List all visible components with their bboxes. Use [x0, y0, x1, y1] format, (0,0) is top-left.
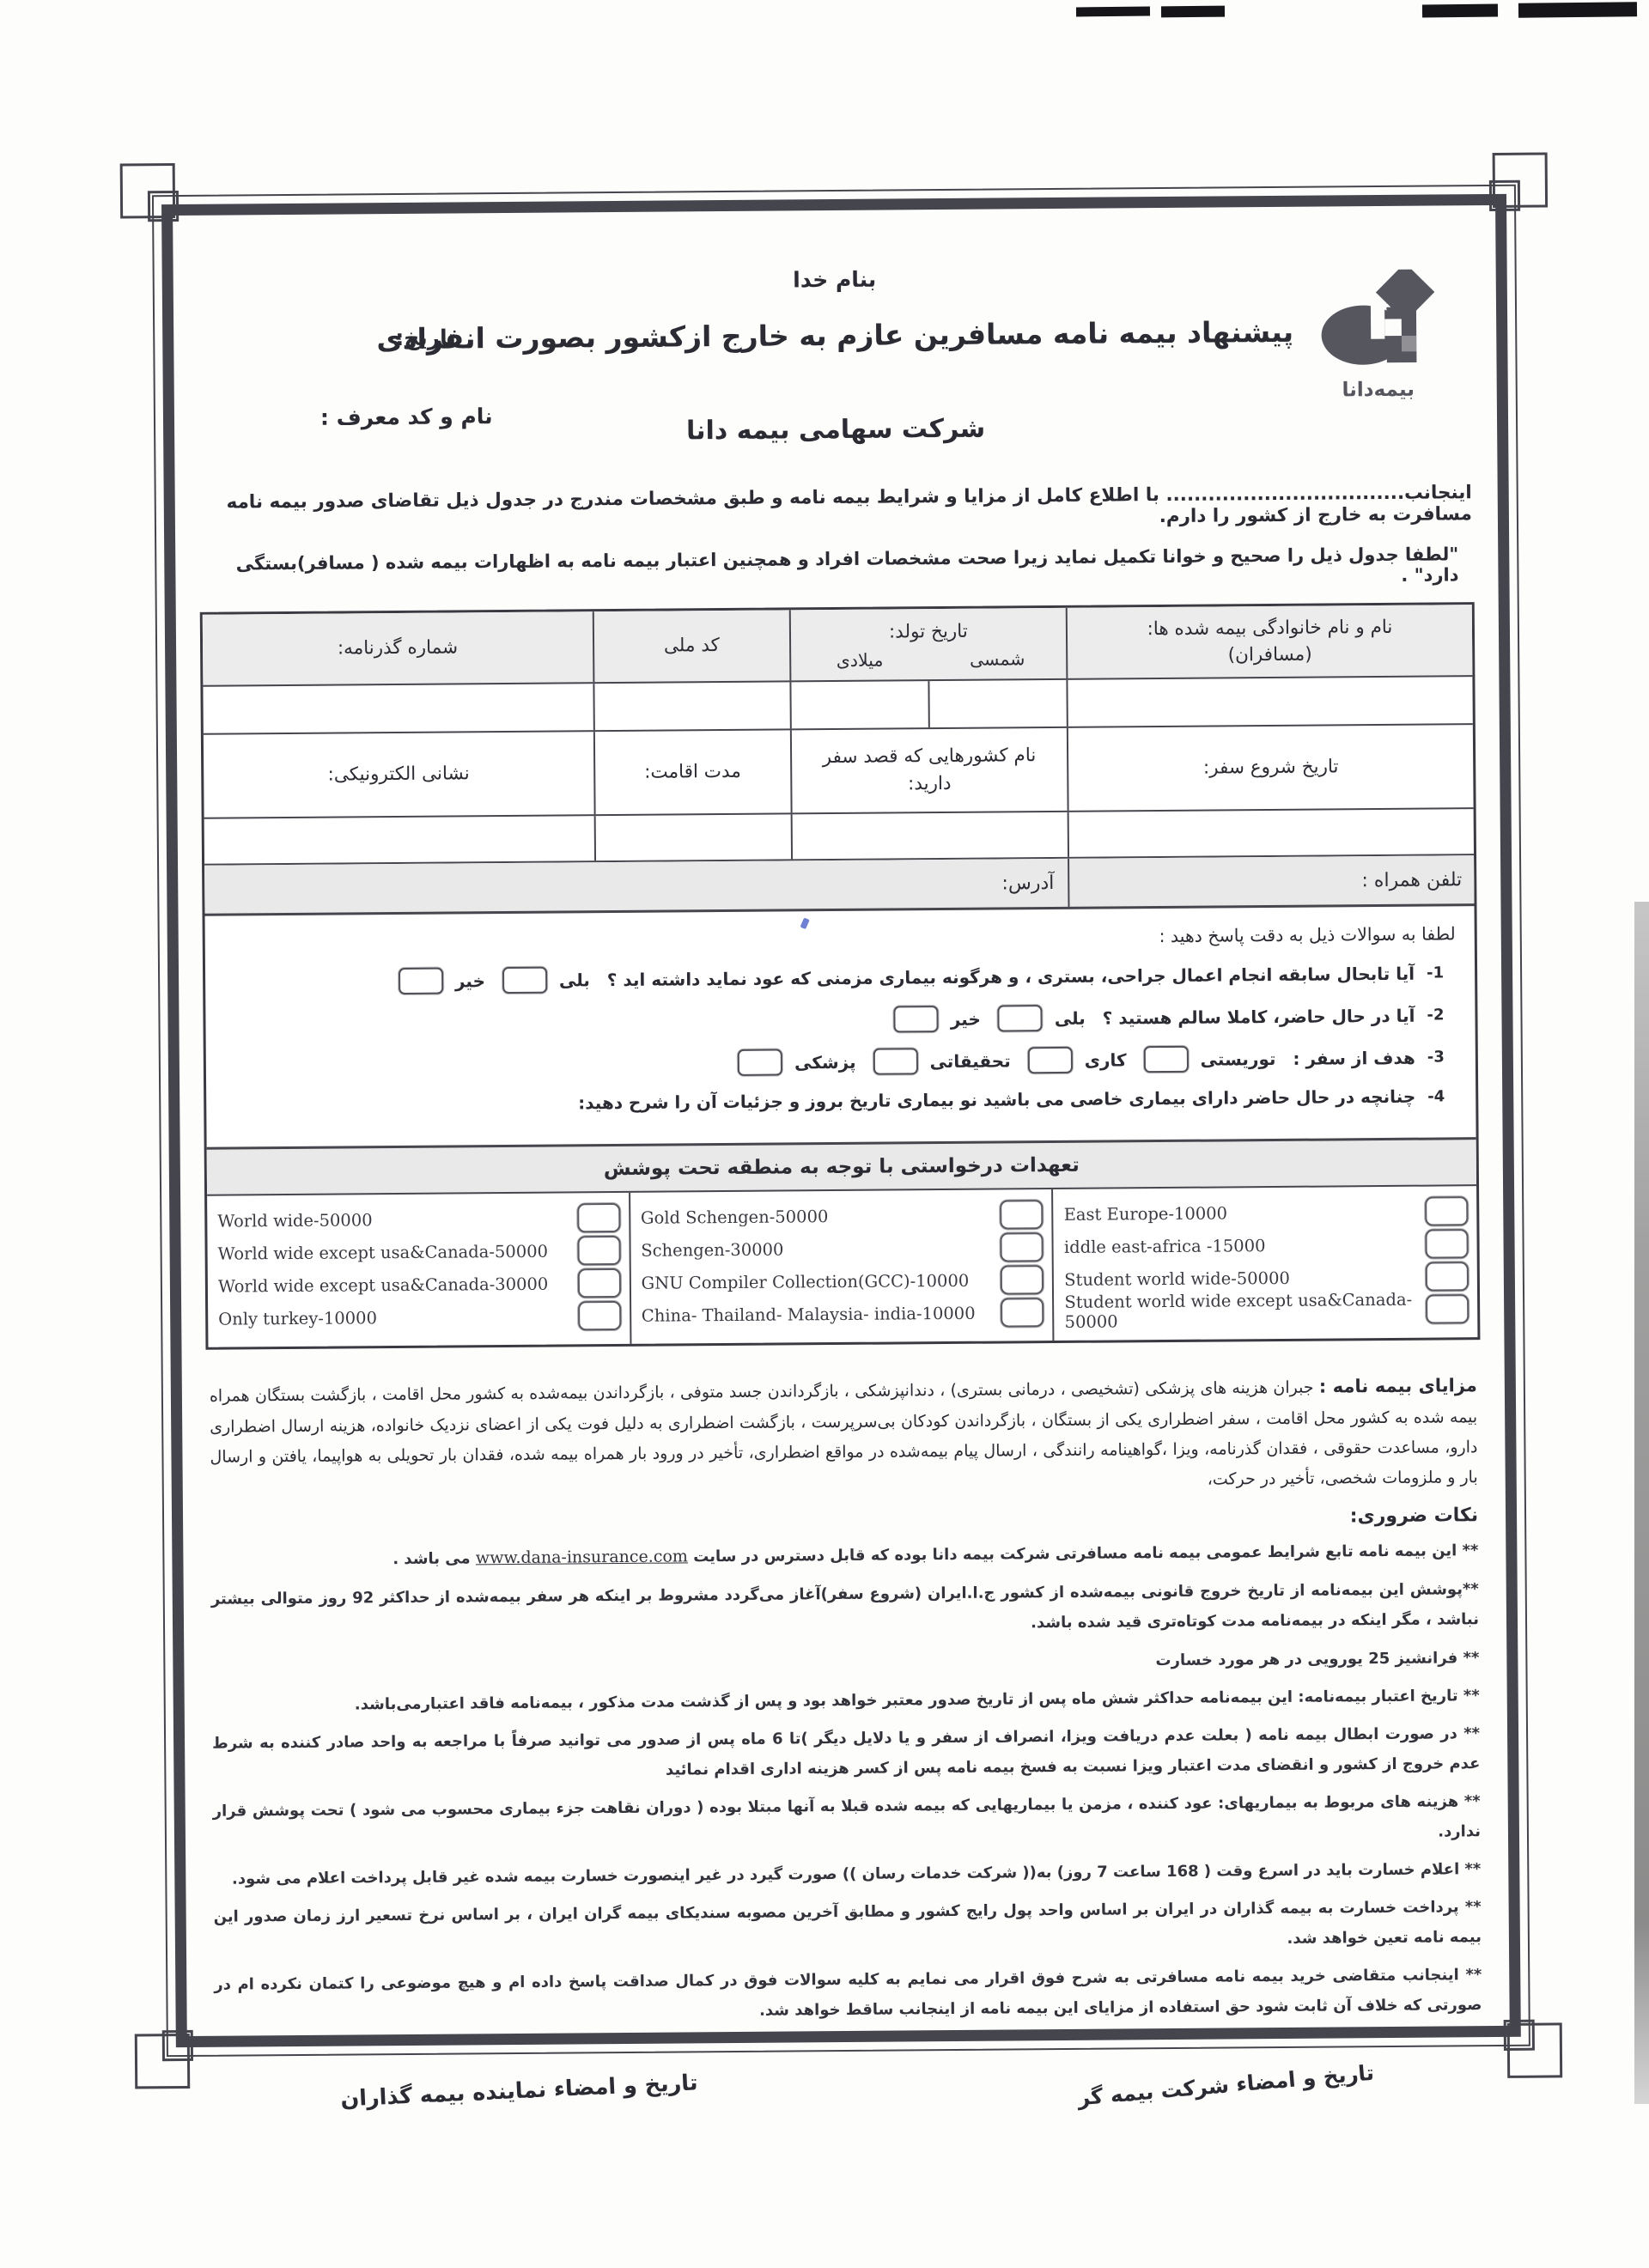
checkbox-cov-east-europe-10000[interactable]	[1425, 1196, 1468, 1225]
question-4: -4 چنانچه در حال حاضر دارای بیماری خاصی …	[225, 1085, 1457, 1116]
header-cell-national-code: کد ملی	[593, 610, 790, 682]
question-4-text: چنانچه در حال حاضر دارای بیماری خاصی می …	[578, 1086, 1415, 1114]
note-validity: ** تاریخ اعتبار بیمه‌نامه: این بیمه‌نامه…	[212, 1681, 1480, 1721]
purpose-research-label: تحقیقاتی	[929, 1050, 1010, 1072]
coverage-option-label: GNU Compiler Collection(GCC)-10000	[641, 1270, 969, 1292]
page-title: پیشنهاد بیمه نامه مسافرین عازم به خارج ا…	[198, 313, 1472, 357]
checkbox-purpose-work[interactable]	[1028, 1047, 1073, 1073]
checkbox-purpose-research[interactable]	[873, 1048, 917, 1074]
checkbox-cov-schengen-30000[interactable]	[1001, 1232, 1044, 1262]
ink-speck	[800, 917, 809, 929]
question-3-lead: هدف از سفر :	[1293, 1047, 1415, 1068]
coverage-option-label: Gold Schengen-50000	[641, 1207, 829, 1228]
question-3-number: -3	[1427, 1048, 1457, 1066]
question-1-number: -1	[1427, 964, 1456, 982]
note-cancellation: ** در صورت ابطال بیمه نامه ( بعلت عدم در…	[212, 1718, 1481, 1789]
bismillah: بنام خدا	[198, 262, 1472, 297]
solar-calendar-label: شمسی	[928, 648, 1066, 669]
table-header-row: نام و نام خانوادگی بیمه شده ها: (مسافران…	[203, 605, 1473, 687]
purpose-touristic-label: توریستی	[1201, 1048, 1276, 1069]
question-4-number: -4	[1427, 1087, 1457, 1105]
coverage-column-east-student: East Europe-10000 iddle east-africa -150…	[1053, 1186, 1477, 1341]
checkbox-q2-yes[interactable]	[998, 1005, 1043, 1031]
questions-prompt: لطفا به سوالات ذیل به دقت پاسخ دهید :	[224, 923, 1456, 953]
coverage-option-label: Student world wide-50000	[1064, 1268, 1290, 1289]
coverage-column-world: World wide-50000 World wide except usa&C…	[207, 1193, 631, 1347]
table-header-row-2: تاریخ شروع سفر: نام کشورهایی که قصد سفر …	[204, 725, 1474, 819]
coverage-option: Schengen-30000	[641, 1231, 1044, 1267]
applicant-declaration-line: اینجانب.................................…	[201, 482, 1472, 535]
note-claim-payment: ** پرداخت خسارت به بیمه گذاران در ایران …	[214, 1892, 1482, 1962]
question-2-text: آیا در حال حاضر، کاملا سالم هستید ؟	[1103, 1005, 1415, 1028]
date-label: تاریخ:	[395, 325, 456, 350]
coverage-option-label: Schengen-30000	[641, 1239, 783, 1260]
passport-number-label: شماره گذرنامه:	[203, 634, 593, 664]
coverage-option-label: Only turkey-10000	[218, 1308, 377, 1329]
coverage-option-label: China- Thailand- Malaysia- india-10000	[642, 1303, 976, 1325]
checkbox-cov-student-world-except-usa-canada-50000[interactable]	[1426, 1294, 1469, 1323]
coverage-option: World wide except usa&Canada-30000	[218, 1267, 621, 1303]
checkbox-cov-gcc-10000[interactable]	[1001, 1265, 1044, 1294]
agent-signature-label: تاریخ و امضاء نماینده بیمه گذاران	[340, 2070, 698, 2112]
checkbox-q1-no[interactable]	[399, 968, 443, 994]
signature-row: تاریخ و امضاء شرکت بیمه گر تاریخ و امضاء…	[211, 2070, 1486, 2107]
coverage-option: Gold Schengen-50000	[641, 1198, 1044, 1234]
checkbox-purpose-touristic[interactable]	[1144, 1046, 1189, 1073]
note-franchise: ** فرانشیز 25 یورویی در هر مورد خسارت	[211, 1643, 1479, 1683]
address-label: آدرس:	[204, 873, 1054, 901]
email-input-cell[interactable]	[204, 816, 594, 864]
header-cell-birth-date: تاریخ تولد: شمسی میلادی	[789, 608, 1067, 681]
purpose-work-label: کاری	[1085, 1049, 1127, 1070]
benefits-text: جبران هزینه های پزشکی (تشخیصی ، درمانی ب…	[210, 1378, 1478, 1489]
essential-notes-section: نکات ضروری: ** این بیمه نامه تابع شرایط …	[210, 1505, 1482, 2030]
checkbox-cov-world-wide-50000[interactable]	[577, 1203, 620, 1232]
checkbox-purpose-medical[interactable]	[738, 1049, 782, 1076]
national-code-input-cell[interactable]	[593, 682, 789, 730]
note-claim-notification: ** اعلام خسارت باید در اسرع وقت ( 168 سا…	[213, 1854, 1481, 1894]
trip-start-input-cell[interactable]	[1068, 809, 1474, 857]
dana-logo-mark	[1313, 269, 1443, 380]
coverage-option-label: iddle east-africa -15000	[1064, 1236, 1266, 1257]
header-cell-passport: شماره گذرنامه:	[203, 611, 593, 685]
birth-date-label: تاریخ تولد:	[791, 617, 1066, 647]
question-2: -2 آیا در حال حاضر، کاملا سالم هستید ؟ ب…	[224, 1001, 1456, 1037]
dana-logo-wordmark: بیمه‌دانا	[1310, 378, 1447, 401]
scan-artifact	[1161, 6, 1225, 18]
referrer-name-code-label: نام و کد معرف :	[320, 404, 493, 430]
stay-duration-label: مدت اقامت:	[595, 757, 790, 787]
note-applicant-honesty: ** اینجانب متقاضی خرید بیمه نامه مسافرتی…	[214, 1960, 1482, 2030]
essential-notes-heading: نکات ضروری:	[210, 1505, 1478, 1536]
traveler-details-table: نام و نام خانوادگی بیمه شده ها: (مسافران…	[200, 602, 1481, 1350]
coverage-option-label: East Europe-10000	[1064, 1203, 1228, 1224]
form-sheet: بنام خدا پیشنهاد بیمه نامه مسافرین عازم …	[161, 194, 1521, 2047]
passport-number-input-cell[interactable]	[203, 684, 593, 733]
coverage-option: Only turkey-10000	[218, 1299, 621, 1335]
dana-insurance-logo: بیمه‌دانا	[1309, 269, 1447, 401]
coverage-option-label: World wide-50000	[217, 1210, 372, 1231]
gregorian-date-input[interactable]	[791, 681, 928, 728]
note-site-pre: ** این بیمه نامه تابع شرایط عمومی بیمه ن…	[688, 1541, 1479, 1566]
note-coverage-start: **پوشش این بیمه‌نامه از تاریخ خروج قانون…	[211, 1574, 1480, 1645]
question-1: -1 آیا تابحال سابقه انجام اعمال جراحی، ب…	[224, 959, 1456, 995]
checkbox-q1-yes[interactable]	[502, 967, 547, 994]
coverage-option: China- Thailand- Malaysia- india-10000	[642, 1296, 1044, 1332]
form-content: بنام خدا پیشنهاد بیمه نامه مسافرین عازم …	[173, 205, 1510, 2036]
question-2-no-label: خیر	[951, 1008, 981, 1029]
header-cell-stay-duration: مدت اقامت:	[593, 730, 791, 814]
stay-duration-input-cell[interactable]	[593, 814, 790, 860]
checkbox-q2-no[interactable]	[894, 1006, 939, 1032]
insurer-signature-label: تاریخ و امضاء شرکت بیمه گر	[1076, 2059, 1374, 2111]
solar-date-input[interactable]	[928, 680, 1067, 727]
policy-benefits-paragraph: مزایای بیمه نامه : جبران هزینه های پزشکی…	[210, 1369, 1478, 1503]
fill-correctly-note: "لطفا جدول ذیل را صحیح و خوانا تکمیل نما…	[199, 544, 1458, 595]
coverage-option: World wide except usa&Canada-50000	[217, 1234, 620, 1270]
birth-date-input-cell[interactable]	[789, 680, 1067, 729]
header-cell-email: نشانی الکترونیکی:	[204, 732, 593, 818]
note-site-post: می باشد .	[392, 1550, 476, 1569]
header-cell-insured-names: نام و نام خانوادگی بیمه شده ها: (مسافران…	[1066, 605, 1473, 678]
checkbox-cov-only-turkey-10000[interactable]	[578, 1301, 621, 1330]
coverage-column-schengen: Gold Schengen-50000 Schengen-30000 GNU C…	[630, 1189, 1055, 1344]
question-1-yes-label: بلی	[559, 970, 590, 990]
question-2-number: -2	[1427, 1006, 1456, 1024]
health-questions-section: لطفا به سوالات ذیل به دقت پاسخ دهید : -1…	[205, 906, 1476, 1147]
question-1-no-label: خیر	[455, 970, 485, 991]
coverage-option-label: World wide except usa&Canada-50000	[218, 1241, 549, 1263]
checkbox-cov-student-world-wide-50000[interactable]	[1426, 1262, 1469, 1291]
scan-edge-shadow	[1634, 902, 1649, 2104]
address-cell[interactable]: آدرس:	[204, 859, 1068, 914]
checkbox-cov-china-thailand-malaysia-india-10000[interactable]	[1001, 1298, 1044, 1327]
scan-artifact	[1518, 2, 1637, 17]
email-label: نشانی الکترونیکی:	[204, 759, 593, 790]
purpose-medical-label: پزشکی	[794, 1051, 856, 1073]
coverage-option-label: Student world wide except usa&Canada-500…	[1064, 1290, 1419, 1332]
coverage-option: iddle east-africa -15000	[1064, 1227, 1469, 1263]
countries-label: نام کشورهایی که قصد سفر دارید:	[792, 742, 1068, 800]
scan-artifact	[1076, 7, 1150, 17]
coverage-option-label: World wide except usa&Canada-30000	[218, 1274, 549, 1296]
question-1-text: آیا تابحال سابقه انجام اعمال جراحی، بستر…	[607, 963, 1415, 989]
scanned-form-page: بنام خدا پیشنهاد بیمه نامه مسافرین عازم …	[0, 0, 1649, 2268]
note-preexisting-illness: ** هزینه های مربوط به بیماریهای: عود کنن…	[213, 1786, 1482, 1857]
form-header: بنام خدا پیشنهاد بیمه نامه مسافرین عازم …	[197, 228, 1473, 480]
checkbox-cov-middle-east-africa-15000[interactable]	[1425, 1229, 1468, 1258]
calendar-sublabels: شمسی میلادی	[791, 648, 1066, 671]
header-cell-countries: نام کشورهایی که قصد سفر دارید:	[790, 728, 1068, 813]
coverage-options-table: World wide-50000 World wide except usa&C…	[207, 1186, 1477, 1347]
question-3: -3 هدف از سفر : توریستی کاری تحقیقاتی پز…	[225, 1043, 1457, 1079]
header-cell-trip-start: تاریخ شروع سفر:	[1067, 725, 1474, 811]
coverage-option: East Europe-10000	[1063, 1195, 1468, 1231]
insured-names-input-cell[interactable]	[1066, 677, 1472, 727]
checkbox-cov-world-except-usa-canada-30000[interactable]	[577, 1268, 620, 1298]
note-general-conditions: ** این بیمه نامه تابع شرایط عمومی بیمه ن…	[210, 1535, 1478, 1577]
mobile-phone-cell[interactable]: تلفن همراه :	[1068, 855, 1474, 907]
national-code-label: کد ملی	[594, 632, 789, 660]
countries-input-cell[interactable]	[790, 812, 1068, 860]
scan-artifact	[1422, 4, 1498, 18]
trip-start-label: تاریخ شروع سفر:	[1068, 752, 1473, 783]
question-2-yes-label: بلی	[1055, 1007, 1086, 1028]
checkbox-cov-world-except-usa-canada-50000[interactable]	[577, 1236, 620, 1265]
coverage-option: World wide-50000	[217, 1201, 620, 1237]
travelers-label: (مسافران)	[1068, 640, 1472, 670]
coverage-option: GNU Compiler Collection(GCC)-10000	[641, 1263, 1044, 1299]
insured-names-label: نام و نام خانوادگی بیمه شده ها:	[1068, 613, 1472, 643]
mobile-phone-label: تلفن همراه :	[1069, 869, 1462, 894]
coverage-option: Student world wide except usa&Canada-500…	[1064, 1292, 1469, 1329]
checkbox-cov-gold-schengen-50000[interactable]	[1001, 1200, 1044, 1229]
gregorian-calendar-label: میلادی	[791, 649, 928, 671]
benefits-lead-label: مزایای بیمه نامه :	[1319, 1375, 1477, 1396]
dana-insurance-url[interactable]: www.dana-insurance.com	[476, 1547, 688, 1568]
